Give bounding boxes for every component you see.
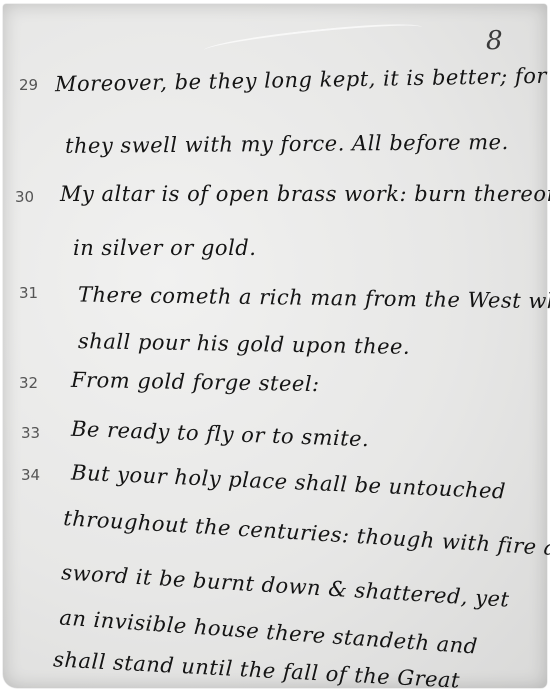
verse-number: 34 xyxy=(21,466,40,484)
verse-line: There cometh a rich man from the West wh… xyxy=(78,283,550,314)
verse-line: Be ready to fly or to smite. xyxy=(71,417,370,451)
verse-line: throughout the centuries: though with fi… xyxy=(63,506,550,562)
verse-line: From gold forge steel: xyxy=(71,368,320,396)
verse-number: 30 xyxy=(15,188,34,206)
verse-number: 31 xyxy=(19,284,38,302)
paper-crease xyxy=(203,19,424,60)
page-number: 8 xyxy=(486,26,503,56)
verse-line: sword it be burnt down & shattered, yet xyxy=(61,560,510,611)
verse-line: shall pour his gold upon thee. xyxy=(78,329,411,359)
verse-number: 33 xyxy=(21,424,40,442)
verse-line: shall stand until the fall of the Great xyxy=(53,647,461,692)
verse-line: in silver or gold. xyxy=(73,236,256,260)
verse-number: 29 xyxy=(19,76,38,94)
verse-line: they swell with my force. All before me. xyxy=(65,130,509,158)
verse-line: Moreover, be they long kept, it is bette… xyxy=(55,64,547,97)
manuscript-page: 8 29 Moreover, be they long kept, it is … xyxy=(3,4,547,688)
verse-line: My altar is of open brass work: burn the… xyxy=(60,182,550,206)
verse-line: But your holy place shall be untouched xyxy=(71,461,507,504)
verse-number: 32 xyxy=(19,374,38,392)
